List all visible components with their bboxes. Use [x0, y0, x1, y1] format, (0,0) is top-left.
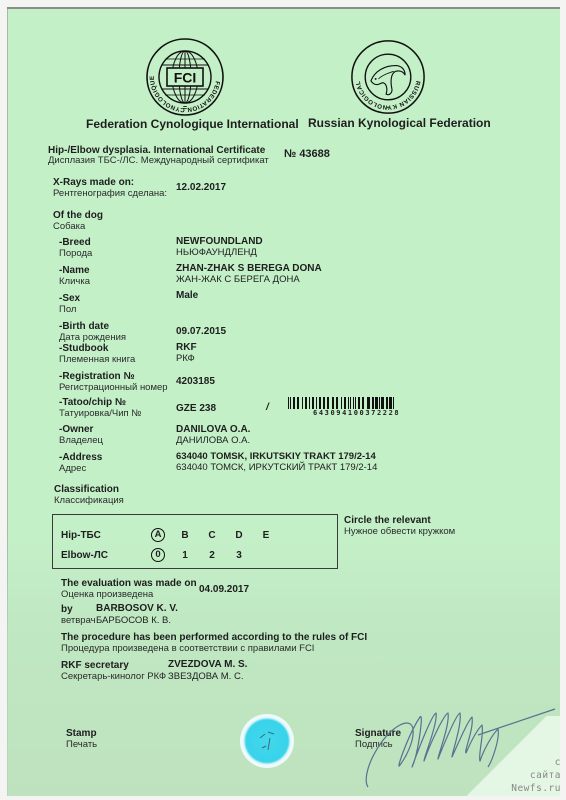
breed-value-ru: НЬЮФАУНДЛЕНД: [176, 247, 257, 258]
address-value: 634040 TOMSK, IRKUTSKIY TRAKT 179/2-14: [176, 451, 376, 462]
studbook-value-ru: РКФ: [176, 353, 195, 364]
chip-barcode: [288, 397, 395, 409]
hip-grade-D: D: [232, 530, 246, 541]
rkf-org-name: Russian Kynological Federation: [308, 116, 491, 130]
address-label: -Address: [59, 452, 102, 463]
name-value: ZHAN-ZHAK S BEREGA DONA: [176, 263, 322, 274]
sex-value: Male: [176, 290, 198, 301]
hip-grade-E: E: [259, 530, 273, 541]
name-value-ru: ЖАН-ЖАК С БЕРЕГА ДОНА: [176, 274, 300, 285]
registration-value: 4203185: [176, 376, 215, 387]
breed-value: NEWFOUNDLAND: [176, 236, 263, 247]
classification-box: Hip-ТБС Elbow-ЛС ABCDE 0123: [52, 514, 338, 569]
tattoo-separator: /: [266, 402, 269, 413]
vet-name-ru: БАРБОСОВ К. В.: [96, 615, 171, 626]
elbow-grade-3: 3: [232, 550, 246, 561]
chip-number: 643094100372228: [313, 409, 400, 417]
by-label-ru: ветврач: [61, 615, 96, 626]
sex-label: -Sex: [59, 293, 80, 304]
owner-value: DANILOVA O.A.: [176, 424, 250, 435]
vet-name: BARBOSOV K. V.: [96, 603, 178, 614]
registration-label-ru: Регистрационный номер: [59, 382, 168, 393]
hologram-seal-icon: [240, 714, 294, 768]
procedure-statement: The procedure has been performed accordi…: [61, 632, 367, 643]
stamp-label-ru: Печать: [66, 739, 97, 750]
by-label: by: [61, 604, 73, 615]
secretary-label: RKF secretary: [61, 660, 129, 671]
hip-grade-B: B: [178, 530, 192, 541]
name-label: -Name: [59, 265, 90, 276]
evaluation-date: 04.09.2017: [199, 584, 249, 595]
xray-label-ru: Рентгенография сделана:: [53, 188, 167, 199]
studbook-value: RKF: [176, 342, 197, 353]
dog-section-label-ru: Собака: [53, 221, 85, 232]
xray-label: X-Rays made on:: [53, 177, 134, 188]
address-label-ru: Адрес: [59, 463, 86, 474]
sex-label-ru: Пол: [59, 304, 76, 315]
evaluation-label: The evaluation was made on: [61, 578, 197, 589]
birth-date-label-ru: Дата рождения: [59, 332, 126, 343]
secretary-label-ru: Секретарь-кинолог РКФ: [61, 671, 166, 682]
tattoo-label: -Tatoo/chip №: [59, 397, 126, 408]
breed-label-ru: Порода: [59, 248, 92, 259]
owner-value-ru: ДАНИЛОВА О.А.: [176, 435, 250, 446]
elbow-grade-0: 0: [151, 548, 165, 562]
circle-note: Circle the relevant: [344, 515, 431, 526]
certificate-number: № 43688: [284, 148, 330, 160]
address-value-ru: 634040 ТОМСК, ИРКУТСКИЙ ТРАКТ 179/2-14: [176, 462, 377, 473]
fci-org-name: Federation Cynologique International: [86, 117, 299, 131]
secretary-name-ru: ЗВЕЗДОВА М. С.: [168, 671, 243, 682]
dog-section-label: Of the dog: [53, 210, 103, 221]
elbow-grade-1: 1: [178, 550, 192, 561]
certificate-title-ru: Дисплазия ТБС-/ЛС. Международный сертифи…: [48, 155, 269, 166]
watermark-line-1: с: [555, 757, 561, 768]
studbook-label: -Studbook: [59, 343, 108, 354]
svg-text:FCI: FCI: [174, 70, 197, 86]
hip-grade-A: A: [151, 528, 165, 542]
evaluation-label-ru: Оценка произведена: [61, 589, 153, 600]
elbow-label: Elbow-ЛС: [61, 550, 108, 561]
circle-note-ru: Нужное обвести кружком: [344, 526, 455, 537]
watermark-line-3: Newfs.ru: [511, 783, 561, 794]
elbow-grade-2: 2: [205, 550, 219, 561]
studbook-label-ru: Племенная книга: [59, 354, 135, 365]
classification-label: Classification: [54, 484, 119, 495]
hip-grade-C: C: [205, 530, 219, 541]
registration-label: -Registration №: [59, 371, 135, 382]
owner-label: -Owner: [59, 424, 93, 435]
procedure-statement-ru: Процедура произведена в соответствии с п…: [61, 643, 314, 654]
classification-label-ru: Классификация: [54, 495, 124, 506]
stamp-label: Stamp: [66, 728, 97, 739]
rkf-borzoi-emblem-icon: RUSSIAN KYNOLOGICAL FEDERATION: [350, 39, 426, 115]
name-label-ru: Кличка: [59, 276, 90, 287]
owner-label-ru: Владелец: [59, 435, 103, 446]
svg-text:=: =: [183, 105, 187, 112]
fci-globe-emblem-icon: FCI FEDERATION CYNOLOGIQUE INTERNATIONAL…: [145, 37, 225, 117]
tattoo-value: GZE 238: [176, 403, 216, 414]
watermark-line-2: сайта: [530, 770, 561, 781]
birth-date-label: -Birth date: [59, 321, 109, 332]
breed-label: -Breed: [59, 237, 91, 248]
xray-date: 12.02.2017: [176, 182, 226, 193]
tattoo-label-ru: Татуировка/Чип №: [59, 408, 141, 419]
hip-label: Hip-ТБС: [61, 530, 101, 541]
secretary-name: ZVEZDOVA M. S.: [168, 659, 247, 670]
birth-date-value: 09.07.2015: [176, 326, 226, 337]
